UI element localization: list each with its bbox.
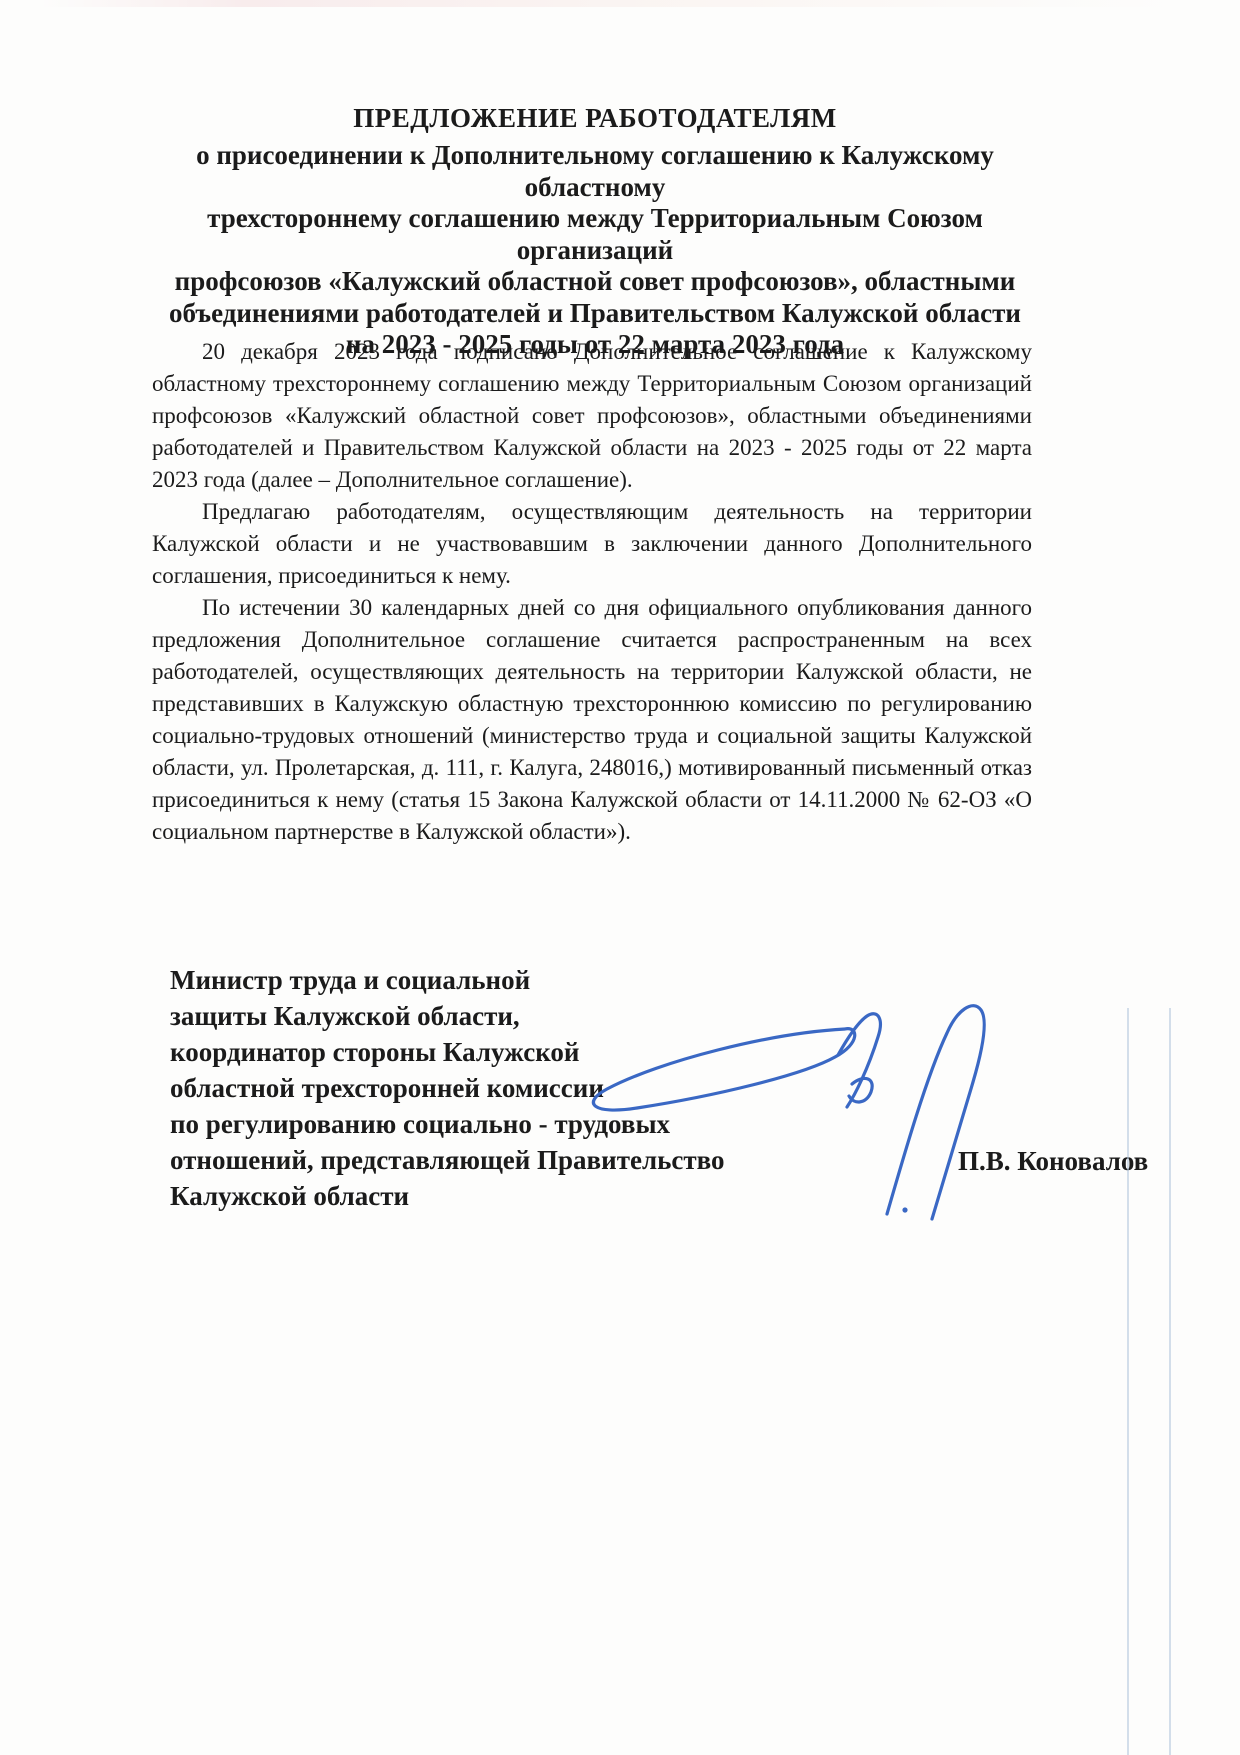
document-subtitle-line: объединениями работодателей и Правительс… bbox=[150, 298, 1040, 330]
signature-loop-stroke bbox=[887, 1006, 984, 1219]
handwritten-signature bbox=[575, 995, 1005, 1235]
document-page: ПРЕДЛОЖЕНИЕ РАБОТОДАТЕЛЯМ о присоединени… bbox=[0, 0, 1240, 1755]
signatory-title-line: Министр труда и социальной bbox=[170, 962, 725, 998]
scan-artifact-line bbox=[1169, 1008, 1171, 1755]
signature-ink-dot bbox=[902, 1207, 907, 1212]
body-paragraph: По истечении 30 календарных дней со дня … bbox=[152, 592, 1032, 848]
page-title: ПРЕДЛОЖЕНИЕ РАБОТОДАТЕЛЯМ bbox=[150, 100, 1040, 136]
scan-smudge-top bbox=[40, 0, 1180, 7]
body-paragraph: Предлагаю работодателям, осуществляющим … bbox=[152, 496, 1032, 592]
body-paragraph: 20 декабря 2023 года подписано Дополните… bbox=[152, 336, 1032, 496]
document-subtitle-line: трехстороннему соглашению между Территор… bbox=[150, 203, 1040, 266]
scan-artifact-line bbox=[1127, 1008, 1129, 1755]
document-body: 20 декабря 2023 года подписано Дополните… bbox=[152, 336, 1032, 848]
signature-flourish-stroke bbox=[593, 1029, 854, 1110]
document-header: ПРЕДЛОЖЕНИЕ РАБОТОДАТЕЛЯМ о присоединени… bbox=[150, 100, 1040, 361]
document-subtitle-line: профсоюзов «Калужский областной совет пр… bbox=[150, 266, 1040, 298]
document-subtitle-line: о присоединении к Дополнительному соглаш… bbox=[150, 140, 1040, 203]
signer-name: П.В. Коновалов bbox=[958, 1146, 1148, 1177]
